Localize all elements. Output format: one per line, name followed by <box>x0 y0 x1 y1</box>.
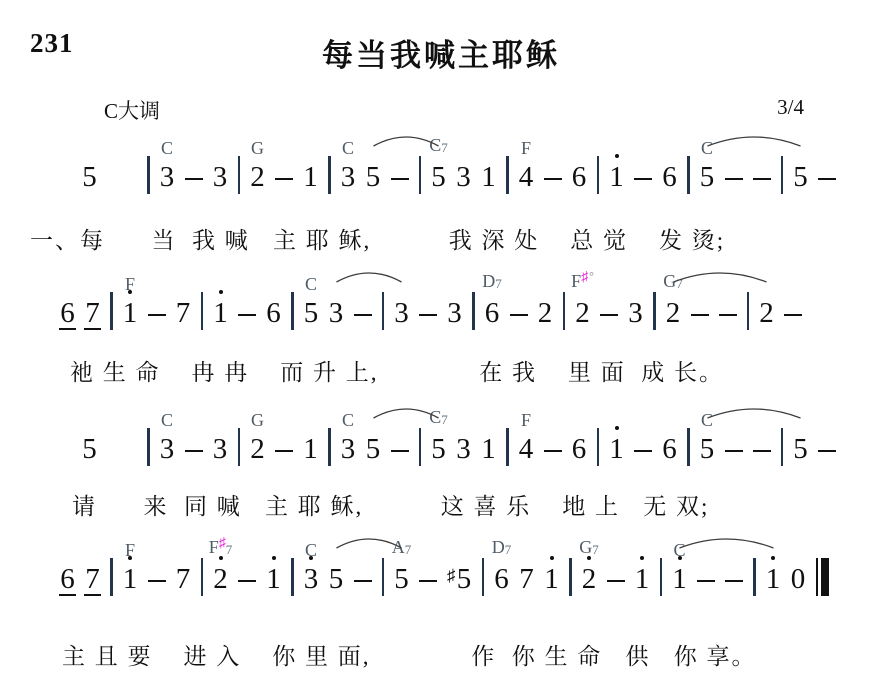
note-digit: 5 <box>366 160 381 194</box>
note-digit: 3 <box>213 160 228 194</box>
note: 6D7 <box>494 562 509 596</box>
barline <box>110 558 113 596</box>
duration-dash <box>753 450 771 453</box>
chord-label: D7 <box>492 538 512 559</box>
note: 3 <box>447 296 462 330</box>
note-digit: 6 <box>662 160 677 194</box>
chord-root: C <box>161 410 173 430</box>
key-signature: C大调 <box>104 95 160 125</box>
note: 5C7 <box>431 160 446 194</box>
chord-root: C <box>673 540 685 560</box>
eighth-underline <box>84 328 101 331</box>
note-digit: 5 <box>793 160 808 194</box>
chord-seventh: 7 <box>441 412 448 427</box>
chord-root: F <box>209 537 219 557</box>
chord-root: G <box>663 271 676 291</box>
note: 2F♯° <box>575 296 590 330</box>
duration-dash <box>354 314 372 317</box>
duration-dash <box>725 450 743 453</box>
note-digit: 2 <box>582 562 597 596</box>
barline <box>291 292 294 330</box>
octave-dot <box>272 556 276 560</box>
octave-dot <box>615 154 619 158</box>
note: 5C7 <box>431 432 446 466</box>
note-digit: 7 <box>176 562 191 596</box>
note-digit: 5 <box>304 296 319 330</box>
barline <box>747 292 750 330</box>
chord-seventh: 7 <box>226 542 233 557</box>
note-digit: 6 <box>60 562 75 596</box>
note-digit: 7 <box>85 296 100 330</box>
duration-dash <box>784 314 802 317</box>
note: 3 <box>394 296 409 330</box>
barline <box>147 428 150 466</box>
chord-label: C <box>701 139 713 157</box>
note-digit: 3 <box>160 432 175 466</box>
note-digit: 2 <box>666 296 681 330</box>
octave-dot <box>615 426 619 430</box>
note: 5 <box>793 432 808 466</box>
note: 5 <box>366 160 381 194</box>
note: ♯5 <box>447 562 472 596</box>
chord-label: D7 <box>482 272 502 293</box>
barline <box>687 156 690 194</box>
note-digit: 2 <box>538 296 553 330</box>
note-digit: 1 <box>123 562 138 596</box>
octave-dot <box>219 290 223 294</box>
note-digit: 1 <box>609 432 624 466</box>
barline <box>597 156 600 194</box>
note-digit: 7 <box>85 562 100 596</box>
note-digit: 3 <box>628 296 643 330</box>
note-digit: 6 <box>494 562 509 596</box>
chord-root: C <box>429 135 441 155</box>
note: 1 <box>609 160 624 194</box>
chord-label: C7 <box>429 408 448 429</box>
duration-dash <box>634 178 652 181</box>
barline <box>482 558 485 596</box>
duration-dash <box>691 314 709 317</box>
chord-root: F <box>125 540 135 560</box>
barline <box>781 156 784 194</box>
duration-dash <box>148 580 166 583</box>
music-line-1: 53C32G13C55C7314F6165C5 <box>82 130 836 194</box>
note-digit: 3 <box>329 296 344 330</box>
chord-seventh: 7 <box>495 276 502 291</box>
chord-seventh: 7 <box>592 542 599 557</box>
chord-label: G <box>251 411 264 429</box>
chord-root: D <box>492 537 505 557</box>
barline <box>472 292 475 330</box>
note: 1 <box>213 296 228 330</box>
time-signature: 3/4 <box>777 95 804 120</box>
note: 6 <box>60 296 75 330</box>
chord-label: C <box>673 541 685 559</box>
note: 1C <box>672 562 687 596</box>
note-digit: 5 <box>793 432 808 466</box>
note: 5 <box>793 160 808 194</box>
duration-dash <box>391 178 409 181</box>
chord-label: F <box>125 541 135 559</box>
note: 6 <box>60 562 75 596</box>
octave-dot <box>771 556 775 560</box>
note: 7 <box>176 296 191 330</box>
slur-arc <box>337 273 402 282</box>
eighth-underline <box>84 594 101 597</box>
note-digit: 5 <box>394 562 409 596</box>
note-digit: 2 <box>250 432 265 466</box>
duration-dash <box>818 178 836 181</box>
note: 5 <box>366 432 381 466</box>
note: 3C <box>341 432 356 466</box>
note-digit: 4 <box>519 432 534 466</box>
duration-dash <box>238 314 256 317</box>
note-digit: 5 <box>457 562 472 596</box>
note-digit: 3 <box>304 562 319 596</box>
note-digit: 5 <box>431 160 446 194</box>
note-digit: 1 <box>544 562 559 596</box>
note-digit: 6 <box>485 296 500 330</box>
note-digit: 6 <box>266 296 281 330</box>
chord-label: F <box>125 275 135 293</box>
note: 5 <box>82 432 97 466</box>
chord-root: F <box>125 274 135 294</box>
barline <box>419 156 422 194</box>
note: 3C <box>304 562 319 596</box>
note: 5A7 <box>394 562 409 596</box>
chord-root: C <box>342 410 354 430</box>
note: 6 <box>662 160 677 194</box>
duration-dash <box>275 450 293 453</box>
note-digit: 3 <box>213 432 228 466</box>
note-digit: 1 <box>266 562 281 596</box>
note-digit: 3 <box>160 160 175 194</box>
barline <box>563 292 566 330</box>
duration-dash <box>719 314 737 317</box>
note-digit: 5 <box>431 432 446 466</box>
chord-root: G <box>251 410 264 430</box>
note-digit: 2 <box>575 296 590 330</box>
note: 1F <box>123 296 138 330</box>
chord-sharp: ♯ <box>581 270 588 285</box>
barline <box>110 292 113 330</box>
sharp-accidental: ♯ <box>447 566 456 585</box>
duration-dash <box>391 450 409 453</box>
spacer <box>107 465 137 466</box>
note: 6D7 <box>485 296 500 330</box>
barline <box>506 428 509 466</box>
note-digit: 6 <box>60 296 75 330</box>
chord-root: C <box>701 410 713 430</box>
chord-label: F <box>521 411 531 429</box>
diminished-circle: ° <box>589 269 594 283</box>
note: 3 <box>456 160 471 194</box>
note-digit: 3 <box>456 432 471 466</box>
note: 1 <box>481 160 496 194</box>
note: 1 <box>303 432 318 466</box>
note-digit: 2 <box>250 160 265 194</box>
barline <box>419 428 422 466</box>
barline <box>382 292 385 330</box>
note: 1 <box>544 562 559 596</box>
barline <box>238 428 241 466</box>
note: 1 <box>266 562 281 596</box>
note-digit: 5 <box>700 432 715 466</box>
note-digit: 1 <box>481 160 496 194</box>
chord-root: F <box>521 138 531 158</box>
chord-label: C <box>305 275 317 293</box>
duration-dash <box>607 580 625 583</box>
note-digit: 1 <box>213 296 228 330</box>
slur-arc <box>674 273 767 282</box>
slur-layer <box>60 266 802 330</box>
duration-dash <box>419 314 437 317</box>
chord-label: C <box>342 411 354 429</box>
note-digit: 3 <box>341 160 356 194</box>
chord-root: D <box>482 271 495 291</box>
note-digit: 5 <box>366 432 381 466</box>
note: 7 <box>176 562 191 596</box>
note-digit: 3 <box>456 160 471 194</box>
barline <box>753 558 756 596</box>
eighth-underline <box>59 328 76 331</box>
music-line-4: 671F72F♯713C55A7♯56D7712G711C10 <box>60 532 829 596</box>
note-digit: 2 <box>213 562 228 596</box>
note: 1 <box>303 160 318 194</box>
note: 1 <box>481 432 496 466</box>
spacer <box>107 193 137 194</box>
note-digit: 3 <box>447 296 462 330</box>
barline <box>653 292 656 330</box>
note: 3 <box>329 296 344 330</box>
duration-dash <box>238 580 256 583</box>
note: 3C <box>160 160 175 194</box>
note: 4F <box>519 160 534 194</box>
chord-label: G7 <box>663 272 683 293</box>
eighth-underline <box>59 594 76 597</box>
barline <box>687 428 690 466</box>
lyrics-line-2: 祂 生 命 冉 冉 而 升 上, 在 我 里 面 成 长。 <box>70 354 724 387</box>
final-thin-bar <box>816 558 819 596</box>
slur-arc <box>708 409 801 418</box>
note-digit: 6 <box>662 432 677 466</box>
note-digit: 1 <box>481 432 496 466</box>
barline <box>328 156 331 194</box>
lyrics-line-1: 一、每 当 我 喊 主 耶 稣, 我 深 处 总 觉 发 烫; <box>30 222 725 255</box>
note-digit: 1 <box>672 562 687 596</box>
barline <box>382 558 385 596</box>
octave-dot <box>550 556 554 560</box>
final-double-barline <box>816 558 830 596</box>
duration-dash <box>419 580 437 583</box>
duration-dash <box>634 450 652 453</box>
note: 5 <box>329 562 344 596</box>
note-digit: 1 <box>635 562 650 596</box>
duration-dash <box>354 580 372 583</box>
note: 1 <box>609 432 624 466</box>
chord-root: C <box>701 138 713 158</box>
sheet-page: 231 每当我喊主耶稣 C大调 3/4 53C32G13C55C7314F616… <box>0 0 882 686</box>
note: 5C <box>700 432 715 466</box>
chord-root: C <box>305 540 317 560</box>
note-digit: 7 <box>176 296 191 330</box>
barline <box>201 292 204 330</box>
note: 1 <box>766 562 781 596</box>
note-digit: 2 <box>759 296 774 330</box>
note: 4F <box>519 432 534 466</box>
duration-dash <box>725 178 743 181</box>
duration-dash <box>544 450 562 453</box>
barline <box>781 428 784 466</box>
chord-label: G <box>251 139 264 157</box>
note-digit: 5 <box>82 432 97 466</box>
note: 6 <box>572 432 587 466</box>
note: 2 <box>538 296 553 330</box>
chord-sharp: ♯ <box>219 536 226 551</box>
barline <box>201 558 204 596</box>
duration-dash <box>818 450 836 453</box>
barline <box>147 156 150 194</box>
chord-root: C <box>305 274 317 294</box>
chord-root: C <box>342 138 354 158</box>
duration-dash <box>510 314 528 317</box>
note-digit: 1 <box>303 160 318 194</box>
note: 1F <box>123 562 138 596</box>
chord-label: C <box>161 139 173 157</box>
barline <box>597 428 600 466</box>
chord-root: G <box>251 138 264 158</box>
final-thick-bar <box>821 558 829 596</box>
chord-root: A <box>392 537 405 557</box>
chord-label: C <box>161 411 173 429</box>
note: 7 <box>519 562 534 596</box>
note: 2F♯7 <box>213 562 228 596</box>
note-digit: 1 <box>766 562 781 596</box>
note: 6 <box>662 432 677 466</box>
note: 7 <box>85 562 100 596</box>
note: 1 <box>635 562 650 596</box>
chord-label: C <box>701 411 713 429</box>
note: 3 <box>213 432 228 466</box>
chord-root: G <box>579 537 592 557</box>
chord-label: C7 <box>429 136 448 157</box>
note: 3 <box>456 432 471 466</box>
note: 2G <box>250 432 265 466</box>
note: 3C <box>341 160 356 194</box>
note-digit: 4 <box>519 160 534 194</box>
note: 7 <box>85 296 100 330</box>
barline <box>569 558 572 596</box>
chord-seventh: 7 <box>505 542 512 557</box>
note: 6 <box>266 296 281 330</box>
chord-label: F <box>521 139 531 157</box>
duration-dash <box>148 314 166 317</box>
duration-dash <box>725 580 743 583</box>
note-digit: 6 <box>572 160 587 194</box>
note-digit: 1 <box>123 296 138 330</box>
song-title: 每当我喊主耶稣 <box>0 30 882 75</box>
barline <box>506 156 509 194</box>
note-digit: 5 <box>82 160 97 194</box>
chord-root: C <box>429 407 441 427</box>
note: 3 <box>213 160 228 194</box>
note-digit: 6 <box>572 432 587 466</box>
slur-arc <box>680 539 774 548</box>
duration-dash <box>185 450 203 453</box>
chord-label: C <box>305 541 317 559</box>
note: 6 <box>572 160 587 194</box>
duration-dash <box>185 178 203 181</box>
note: 3C <box>160 432 175 466</box>
chord-label: F♯° <box>571 272 594 293</box>
note-digit: 5 <box>329 562 344 596</box>
note: 3 <box>628 296 643 330</box>
chord-label: C <box>342 139 354 157</box>
note-digit: 7 <box>519 562 534 596</box>
note: 2G7 <box>666 296 681 330</box>
note: 5 <box>82 160 97 194</box>
lyrics-line-4: 主 且 要 进 入 你 里 面, 作 你 生 命 供 你 享。 <box>62 638 757 671</box>
barline <box>660 558 663 596</box>
music-line-3: 53C32G13C55C7314F6165C5 <box>82 402 836 466</box>
note: 2 <box>759 296 774 330</box>
note: 2G7 <box>582 562 597 596</box>
duration-dash <box>697 580 715 583</box>
note-digit: 3 <box>394 296 409 330</box>
chord-seventh: 7 <box>441 140 448 155</box>
slur-arc <box>708 137 801 146</box>
music-line-2: 671F7165C3336D722F♯°32G72 <box>60 266 802 330</box>
duration-dash <box>753 178 771 181</box>
barline <box>328 428 331 466</box>
note: 5C <box>304 296 319 330</box>
barline <box>238 156 241 194</box>
duration-dash <box>275 178 293 181</box>
note: 2G <box>250 160 265 194</box>
note-digit: 1 <box>303 432 318 466</box>
chord-label: A7 <box>392 538 412 559</box>
chord-label: G7 <box>579 538 599 559</box>
note-digit: 0 <box>791 562 806 596</box>
duration-dash <box>544 178 562 181</box>
barline <box>291 558 294 596</box>
duration-dash <box>600 314 618 317</box>
chord-root: F <box>521 410 531 430</box>
note: 0 <box>791 562 806 596</box>
note-digit: 3 <box>341 432 356 466</box>
chord-label: F♯7 <box>209 538 233 559</box>
chord-root: F <box>571 271 581 291</box>
chord-seventh: 7 <box>405 542 412 557</box>
chord-seventh: 7 <box>676 276 683 291</box>
note-digit: 1 <box>609 160 624 194</box>
note: 5C <box>700 160 715 194</box>
note-digit: 5 <box>700 160 715 194</box>
lyrics-line-3: 请 来 同 喊 主 耶 稣, 这 喜 乐 地 上 无 双; <box>72 488 709 521</box>
chord-root: C <box>161 138 173 158</box>
octave-dot <box>640 556 644 560</box>
